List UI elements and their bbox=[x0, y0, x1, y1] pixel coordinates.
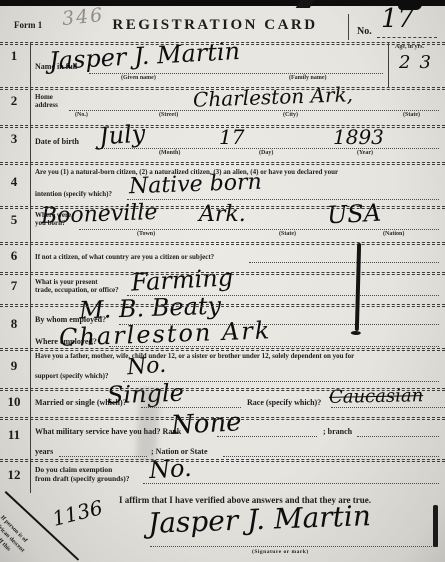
row-number: 10 bbox=[0, 394, 28, 410]
row-body: Where were you born? (Town) (State) (Nat… bbox=[30, 206, 445, 242]
home-label-line1: Home bbox=[35, 93, 53, 101]
state-sublabel: (State) bbox=[279, 231, 296, 237]
year-handwritten: 1893 bbox=[333, 127, 384, 147]
row-home-address: 2 Home address (No.) (Street) (City) (St… bbox=[0, 87, 445, 125]
citizenship-question-line2: intention (specify which)? bbox=[35, 190, 112, 198]
age-value: 23 bbox=[399, 54, 440, 72]
row-body: Have you a father, mother, wife, child u… bbox=[30, 348, 445, 388]
town-sublabel: (Town) bbox=[137, 231, 155, 237]
row-employer: 8 By whom employed? M. B. Beaty Where em… bbox=[0, 304, 445, 348]
occupation-label-line2: trade, occupation, or office? bbox=[35, 286, 119, 294]
exemption-label-line1: Do you claim exemption bbox=[35, 465, 112, 474]
dependents-question-line1: Have you a father, mother, wife, child u… bbox=[35, 352, 354, 360]
signature-rule bbox=[150, 546, 438, 547]
dependents-question-line2: support (specify which)? bbox=[35, 372, 109, 380]
scan-artifact-right bbox=[433, 505, 438, 547]
age-label: Age, in yrs. bbox=[395, 44, 424, 50]
citizenship-handwritten: Native born bbox=[129, 172, 262, 199]
answer-rule bbox=[357, 435, 439, 437]
card-title: REGISTRATION CARD bbox=[90, 17, 340, 34]
row-occupation: 7 What is your present trade, occupation… bbox=[0, 272, 445, 304]
row-body: If not a citizen, of what country are yo… bbox=[30, 242, 445, 272]
day-handwritten: 17 bbox=[219, 127, 244, 147]
state-sublabel: (State) bbox=[403, 112, 420, 118]
row-number: 1 bbox=[0, 48, 28, 64]
answer-rule bbox=[59, 455, 147, 457]
row-number: 7 bbox=[0, 278, 28, 294]
row-body: Name in full (Given name) (Family name) … bbox=[30, 42, 445, 87]
row-military-service: 11 What military service have you had? R… bbox=[0, 417, 445, 459]
occupation-handwritten: Farming bbox=[130, 265, 233, 294]
dependents-handwritten: No. bbox=[126, 355, 167, 380]
home-label-line2: address bbox=[35, 101, 58, 109]
no-sublabel: (No.) bbox=[75, 112, 88, 118]
card-number-rule bbox=[377, 37, 437, 38]
answer-rule bbox=[223, 455, 439, 457]
row-body: Date of birth (Month) (Day) (Year) July … bbox=[30, 125, 445, 162]
row-body: Home address (No.) (Street) (City) (Stat… bbox=[30, 87, 445, 125]
employer-location-handwritten: Charleston Ark bbox=[59, 318, 272, 349]
row-body: Are you (1) a natural-born citizen, (2) … bbox=[30, 162, 445, 206]
home-address-handwritten: Charleston Ark, bbox=[193, 84, 354, 110]
row-number: 8 bbox=[0, 316, 28, 332]
row-name: 1 Name in full (Given name) (Family name… bbox=[0, 42, 445, 87]
row-body: Do you claim exemption from draft (speci… bbox=[30, 459, 445, 493]
military-service-label: What military service have you had? Rank bbox=[35, 427, 181, 436]
row-number: 12 bbox=[0, 467, 28, 483]
registrar-number-handwritten: 1136 bbox=[50, 497, 104, 529]
answer-rule bbox=[95, 147, 439, 149]
answer-rule bbox=[79, 228, 439, 230]
state-handwritten: Ark. bbox=[199, 204, 246, 226]
foreign-citizen-question: If not a citizen, of what country are yo… bbox=[35, 253, 214, 261]
town-handwritten: Booneville bbox=[41, 202, 158, 228]
answer-rule bbox=[89, 72, 383, 74]
row-number: 4 bbox=[0, 174, 28, 190]
card-number-value: 17 bbox=[381, 6, 414, 32]
answer-rule bbox=[127, 198, 439, 200]
year-sublabel: (Year) bbox=[357, 150, 373, 156]
row-date-of-birth: 3 Date of birth (Month) (Day) (Year) Jul… bbox=[0, 125, 445, 162]
month-handwritten: July bbox=[98, 121, 146, 148]
card-number-label: No. bbox=[357, 26, 372, 37]
given-name-sublabel: (Given name) bbox=[121, 75, 156, 81]
nation-handwritten: USA bbox=[326, 201, 381, 228]
answer-rule bbox=[249, 261, 439, 263]
street-sublabel: (Street) bbox=[159, 112, 178, 118]
city-sublabel: (City) bbox=[283, 112, 298, 118]
row-number: 9 bbox=[0, 358, 28, 374]
age-box: Age, in yrs. 23 bbox=[388, 42, 445, 87]
row-body: What military service have you had? Rank… bbox=[30, 417, 445, 459]
rank-handwritten: None bbox=[170, 409, 242, 439]
exemption-label-line2: from draft (specify grounds)? bbox=[35, 474, 130, 483]
nation-sublabel: (Nation) bbox=[383, 231, 404, 237]
race-label: Race (specify which)? bbox=[247, 398, 321, 407]
answer-rule bbox=[143, 482, 439, 484]
occupation-label-line1: What is your present bbox=[35, 278, 98, 286]
registration-card-scan: Form 1 346 REGISTRATION CARD No. 17 1 Na… bbox=[0, 0, 445, 562]
row-exemption: 12 Do you claim exemption from draft (sp… bbox=[0, 459, 445, 493]
month-sublabel: (Month) bbox=[159, 150, 180, 156]
day-sublabel: (Day) bbox=[259, 150, 273, 156]
row-number: 5 bbox=[0, 212, 28, 228]
name-handwritten: Jasper J. Martin bbox=[49, 39, 241, 73]
card-number-box: No. 17 bbox=[348, 14, 439, 40]
signature-sublabel: (Signature or mark) bbox=[252, 549, 309, 555]
row-body: By whom employed? M. B. Beaty Where empl… bbox=[30, 304, 445, 348]
card-header: Form 1 346 REGISTRATION CARD No. 17 bbox=[0, 6, 445, 42]
signature-handwritten: Jasper J. Martin bbox=[148, 502, 372, 538]
row-number: 2 bbox=[0, 93, 28, 109]
row-dependents: 9 Have you a father, mother, wife, child… bbox=[0, 348, 445, 388]
row-birthplace: 5 Where were you born? (Town) (State) (N… bbox=[0, 206, 445, 242]
row-number: 3 bbox=[0, 131, 28, 147]
race-handwritten: Caucasian bbox=[329, 387, 424, 407]
years-label: years bbox=[35, 447, 53, 456]
row-number: 6 bbox=[0, 248, 28, 264]
dob-label: Date of birth bbox=[35, 137, 79, 146]
row-number: 11 bbox=[0, 427, 28, 443]
family-name-sublabel: (Family name) bbox=[289, 75, 327, 81]
branch-label: ; branch bbox=[323, 427, 352, 436]
african-descent-corner-note: If person is of African descent tear off… bbox=[0, 514, 32, 562]
form-number-label: Form 1 bbox=[14, 20, 42, 30]
